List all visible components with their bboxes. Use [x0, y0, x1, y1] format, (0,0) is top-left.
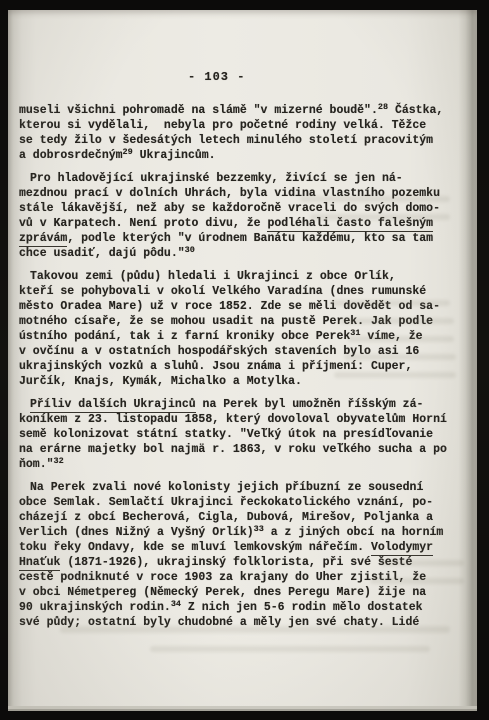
text-segment: a dobrosrdečným	[19, 149, 123, 162]
text-segment: ústního podání, tak i z farní kroniky ob…	[19, 330, 350, 343]
text-line: ukrajinských vozků a sluhů. Jsou známa i…	[19, 359, 467, 374]
text-segment: město Oradea Mare) už v roce 1852. Zde s…	[19, 300, 440, 313]
text-line: vů v Karpatech. Není proto divu, že podl…	[19, 216, 467, 231]
paper-sheet: - 103 - museli všichni pohromadě na slám…	[8, 10, 477, 711]
text-segment: kterou si vydělali, nebyla pro početné r…	[19, 119, 426, 132]
text-segment: se tedy žilo v šedesátých letech minuléh…	[19, 134, 433, 147]
paragraph: Pro hladovějící ukrajinské bezzemky, živ…	[19, 171, 467, 261]
text-line: 90 ukrajinských rodin.34 Z nich jen 5-6 …	[19, 600, 467, 615]
text-segment: stále lákavější, než aby se každoročně v…	[19, 202, 440, 215]
text-segment: v obci Németpereg (Německý Perek, dnes P…	[19, 586, 426, 599]
text-line: Takovou zemi (půdu) hledali i Ukrajinci …	[19, 269, 467, 284]
bleedthrough-artifact	[150, 646, 430, 652]
text-line: chce usadiť, dajú pôdu."30	[19, 246, 467, 261]
scanned-book-page: - 103 - museli všichni pohromadě na slám…	[0, 0, 489, 720]
text-segment: mezdnou prací v dolních Uhrách, byla vid…	[19, 187, 440, 200]
text-segment: kteří se pohybovali v okolí Velkého Vara…	[19, 285, 426, 298]
paragraph: Na Perek zvali nové kolonisty jejich pří…	[19, 480, 467, 630]
text-segment: zprávám	[19, 232, 67, 247]
text-line: mezdnou prací v dolních Uhrách, byla vid…	[19, 186, 467, 201]
text-block: museli všichni pohromadě na slámě "v miz…	[19, 103, 467, 630]
text-segment: cestě podniknuté v roce 1903 za krajany …	[19, 571, 426, 584]
text-segment: obce Semlak. Semlačtí Ukrajinci řeckokat…	[19, 496, 433, 509]
text-segment: koníkem z 23. listopadu 1858, který dovo…	[19, 413, 447, 426]
text-line: semě kolonizovat státní statky. "Veľký ú…	[19, 427, 467, 442]
text-segment: toku řeky Ondavy, kde se mluví lemkovský…	[19, 541, 371, 554]
text-segment: chce usadiť, dajú pôdu."	[19, 247, 185, 260]
text-segment: motného císaře, že se mohou usadit na pu…	[19, 315, 433, 328]
text-line: Jurčík, Knajs, Kymák, Michalko a Motylka…	[19, 374, 467, 389]
text-line: na erárne majetky bol najmä r. 1863, v r…	[19, 442, 467, 457]
text-segment: v ovčínu a v ostatních hospodářských sta…	[19, 345, 419, 358]
text-line: Pro hladovějící ukrajinské bezzemky, živ…	[19, 171, 467, 186]
text-line: a dobrosrdečným29 Ukrajincům.	[19, 148, 467, 163]
text-segment: semě kolonizovat státní statky. "Veľký ú…	[19, 428, 433, 441]
text-line: Hnaťuk (1871-1926), ukrajinský folkloris…	[19, 555, 467, 570]
text-segment: Verlich (dnes Nižný a Vyšný Orlík)	[19, 526, 254, 539]
text-segment: (1871-1926), ukrajinský folklorista, při…	[60, 556, 412, 569]
footnote-ref: 30	[185, 245, 195, 255]
text-segment: Jurčík, Knajs, Kymák, Michalko a Motylka…	[19, 375, 302, 388]
footnote-ref: 32	[54, 456, 64, 466]
text-line: obce Semlak. Semlačtí Ukrajinci řeckokat…	[19, 495, 467, 510]
text-line: Verlich (dnes Nižný a Vyšný Orlík)33 a z…	[19, 525, 467, 540]
text-segment: Z nich jen 5-6 rodin mělo dostatek	[181, 601, 423, 614]
text-line: kteří se pohybovali v okolí Velkého Vara…	[19, 284, 467, 299]
text-segment: své půdy; ostatní byly chudobné a měly j…	[19, 616, 419, 629]
text-segment: 90 ukrajinských rodin.	[19, 601, 171, 614]
text-line: motného císaře, že se mohou usadit na pu…	[19, 314, 467, 329]
text-line: museli všichni pohromadě na slámě "v miz…	[19, 103, 467, 118]
text-segment: na erárne majetky bol najmä r. 1863, v r…	[19, 443, 447, 456]
text-line: Na Perek zvali nové kolonisty jejich pří…	[19, 480, 467, 495]
text-segment: Takovou zemi (půdu) hledali i Ukrajinci …	[30, 270, 396, 283]
text-segment: podléhali často falešným	[267, 217, 433, 232]
text-segment: cházejí z obcí Becherová, Cigla, Dubová,…	[19, 511, 433, 524]
paragraph: Příliv dalších Ukrajinců na Perek byl um…	[19, 397, 467, 472]
text-segment: ňom."	[19, 458, 54, 471]
paragraph: museli všichni pohromadě na slámě "v miz…	[19, 103, 467, 163]
text-line: ňom."32	[19, 457, 467, 472]
text-segment: Příliv dalších Ukrajinců	[30, 398, 196, 413]
text-line: kterou si vydělali, nebyla pro početné r…	[19, 118, 467, 133]
text-line: cházejí z obcí Becherová, Cigla, Dubová,…	[19, 510, 467, 525]
text-segment: Pro hladovějící ukrajinské bezzemky, živ…	[30, 172, 403, 185]
text-line: se tedy žilo v šedesátých letech minuléh…	[19, 133, 467, 148]
text-line: město Oradea Mare) už v roce 1852. Zde s…	[19, 299, 467, 314]
footnote-ref: 28	[378, 102, 388, 112]
text-segment: Na Perek zvali nové kolonisty jejich pří…	[30, 481, 423, 494]
text-line: toku řeky Ondavy, kde se mluví lemkovský…	[19, 540, 467, 555]
text-segment: ukrajinských vozků a sluhů. Jsou známa i…	[19, 360, 412, 373]
text-line: v ovčínu a v ostatních hospodářských sta…	[19, 344, 467, 359]
text-line: své půdy; ostatní byly chudobné a měly j…	[19, 615, 467, 630]
text-segment: Volodymyr	[371, 541, 433, 556]
text-segment: víme, že	[360, 330, 422, 343]
text-line: stále lákavější, než aby se každoročně v…	[19, 201, 467, 216]
text-line: v obci Németpereg (Německý Perek, dnes P…	[19, 585, 467, 600]
text-line: Příliv dalších Ukrajinců na Perek byl um…	[19, 397, 467, 412]
text-segment: Částka,	[388, 104, 443, 117]
text-segment: vů v Karpatech. Není proto divu, že	[19, 217, 267, 230]
text-line: koníkem z 23. listopadu 1858, který dovo…	[19, 412, 467, 427]
text-segment: Hnaťuk	[19, 556, 60, 571]
text-segment: Ukrajincům.	[133, 149, 216, 162]
text-segment: a z jiných obcí na horním	[264, 526, 443, 539]
footnote-ref: 31	[350, 328, 360, 338]
text-line: ústního podání, tak i z farní kroniky ob…	[19, 329, 467, 344]
footnote-ref: 34	[171, 599, 181, 609]
footnote-ref: 33	[254, 524, 264, 534]
text-line: zprávám, podle kterých "v úrodnem Banátu…	[19, 231, 467, 246]
text-line: cestě podniknuté v roce 1903 za krajany …	[19, 570, 467, 585]
text-segment: na Perek byl umožněn říšským zá-	[196, 398, 424, 411]
page-number: - 103 -	[188, 70, 245, 84]
text-segment: museli všichni pohromadě na slámě "v miz…	[19, 104, 378, 117]
text-segment: , podle kterých "v úrodnem Banátu každém…	[67, 232, 433, 245]
footnote-ref: 29	[123, 147, 133, 157]
paragraph: Takovou zemi (půdu) hledali i Ukrajinci …	[19, 269, 467, 389]
